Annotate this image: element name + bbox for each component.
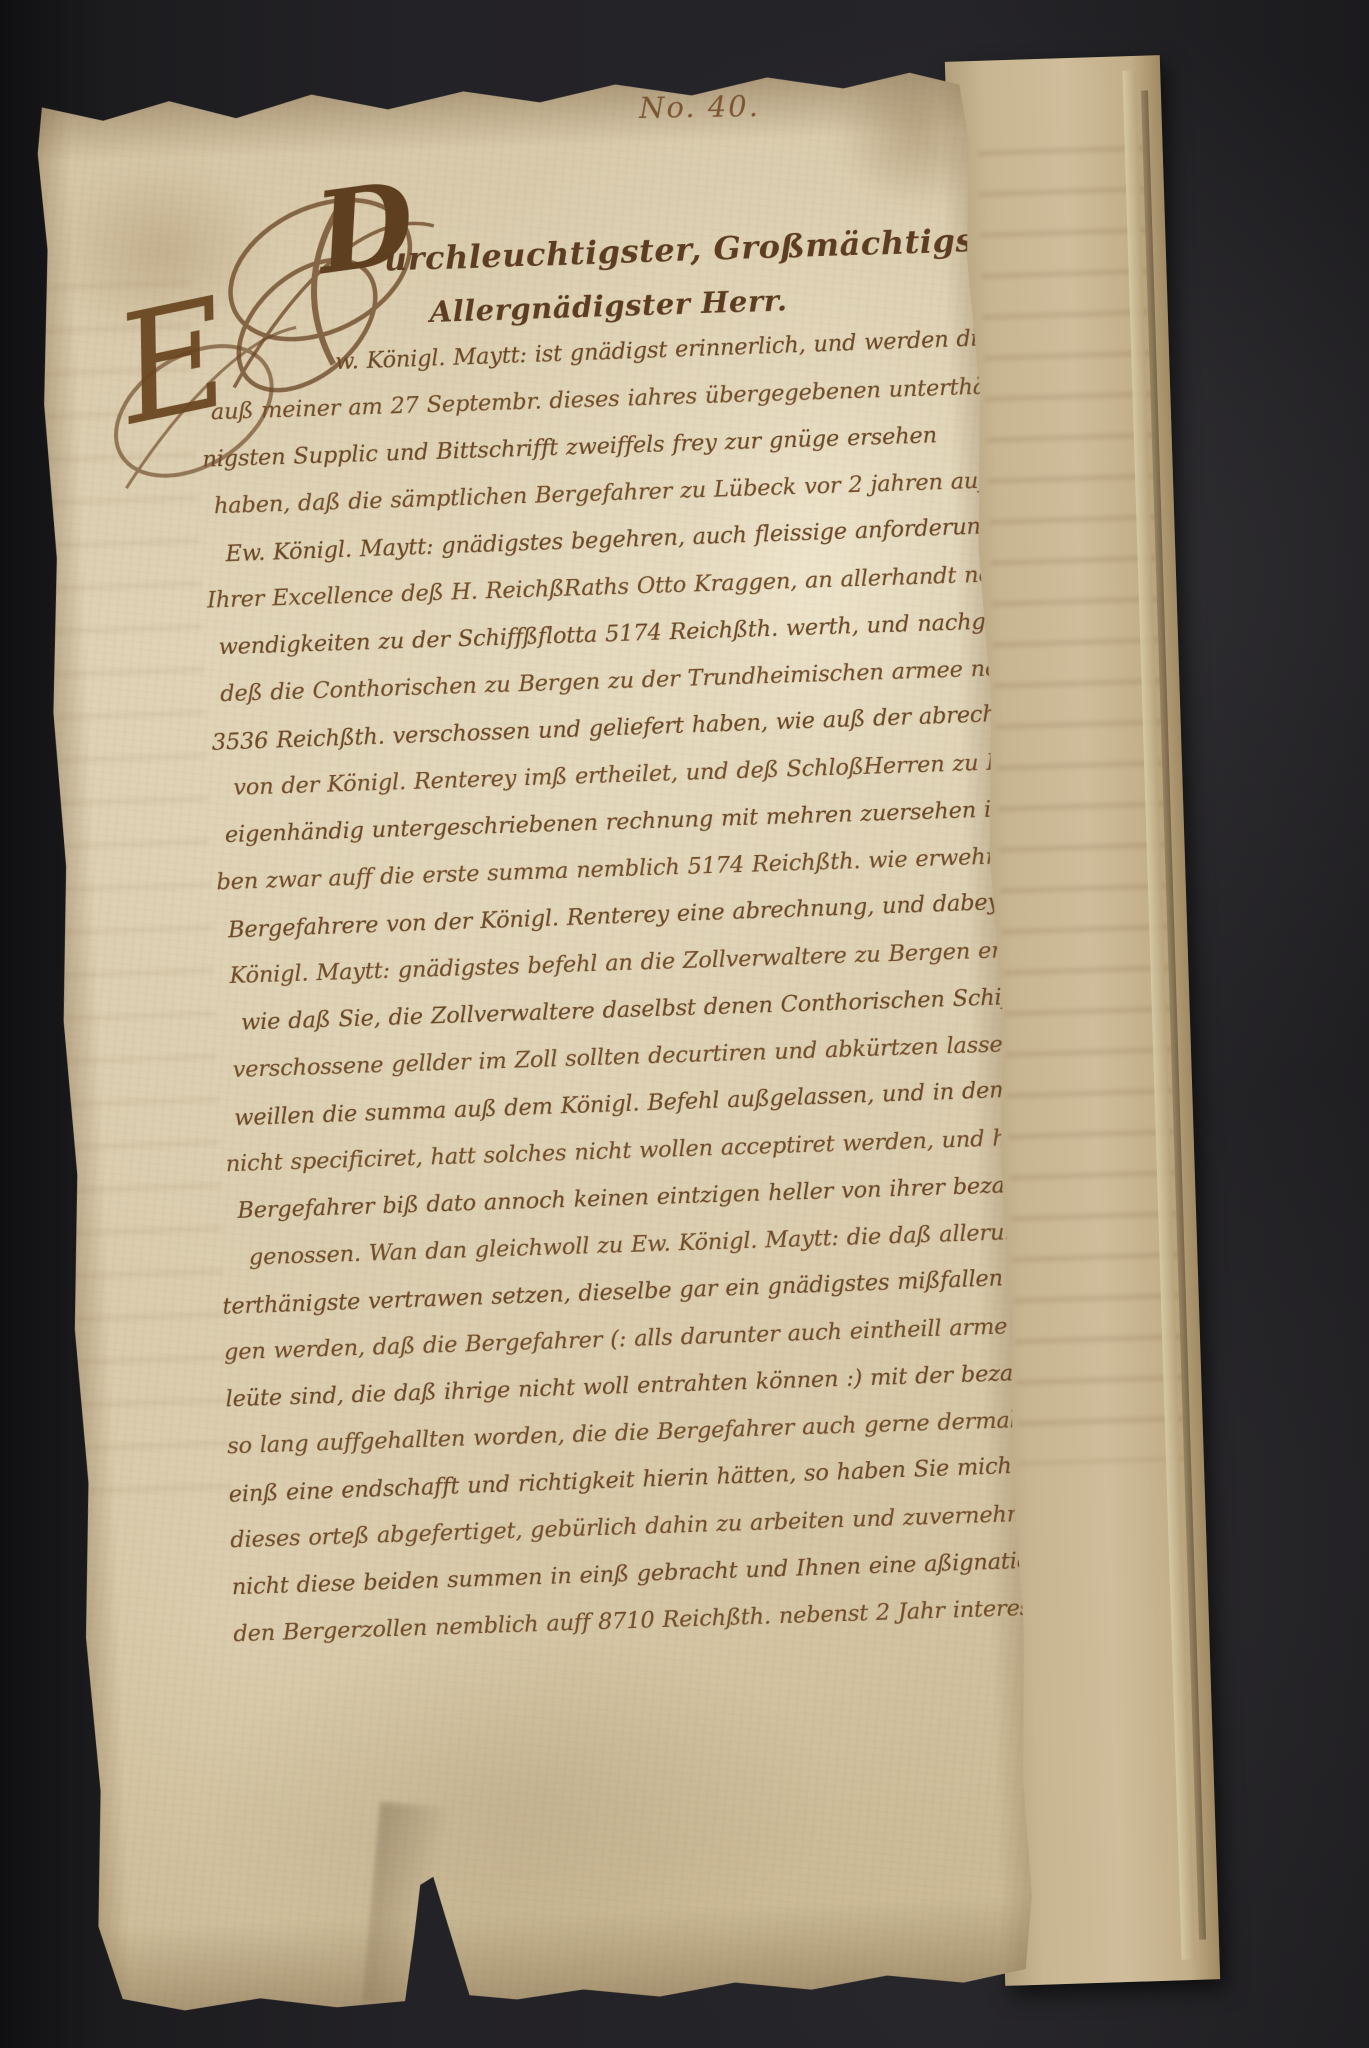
letter-salutation: D urchleuchtigster, Großmächtigster Köni… — [28, 125, 977, 156]
letter-body: w. Königl. Maytt: ist gnädigst erinnerli… — [183, 317, 1026, 1659]
paper-stain — [198, 1631, 829, 1981]
manuscript-page: No. 40. D urchleuchtigster, Großmächtigs… — [26, 65, 1039, 2023]
page-number: No. 40. — [639, 89, 760, 125]
archive-photo-backdrop: No. 40. D urchleuchtigster, Großmächtigs… — [0, 0, 1369, 2048]
paper-tear — [363, 1802, 451, 2007]
salutation-line-2: Allergnädigster Herr. — [429, 283, 788, 329]
